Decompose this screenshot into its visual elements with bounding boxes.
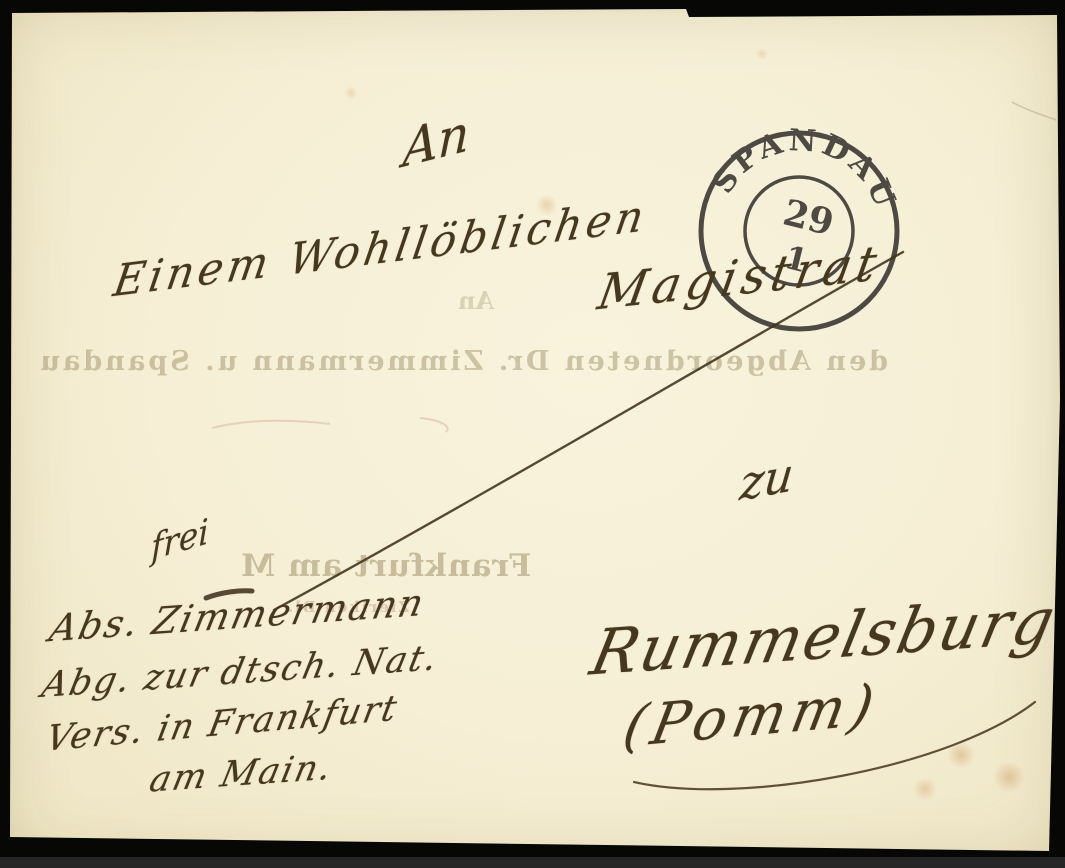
pomm-underline-flourish [634, 702, 1035, 789]
photo-background: An den Abgeordneten Dr. Zimmermann u. Sp… [0, 0, 1065, 868]
pen-strokes [0, 0, 1065, 868]
long-diagonal-pen-stroke [274, 252, 903, 610]
zimmermann-t-crossbar-stroke [206, 591, 252, 598]
envelope-front: An den Abgeordneten Dr. Zimmermann u. Sp… [0, 0, 1065, 868]
photo-mount-edge [0, 857, 1065, 868]
faint-pencil-mark [212, 418, 448, 432]
paper-crease-line [1012, 102, 1056, 120]
